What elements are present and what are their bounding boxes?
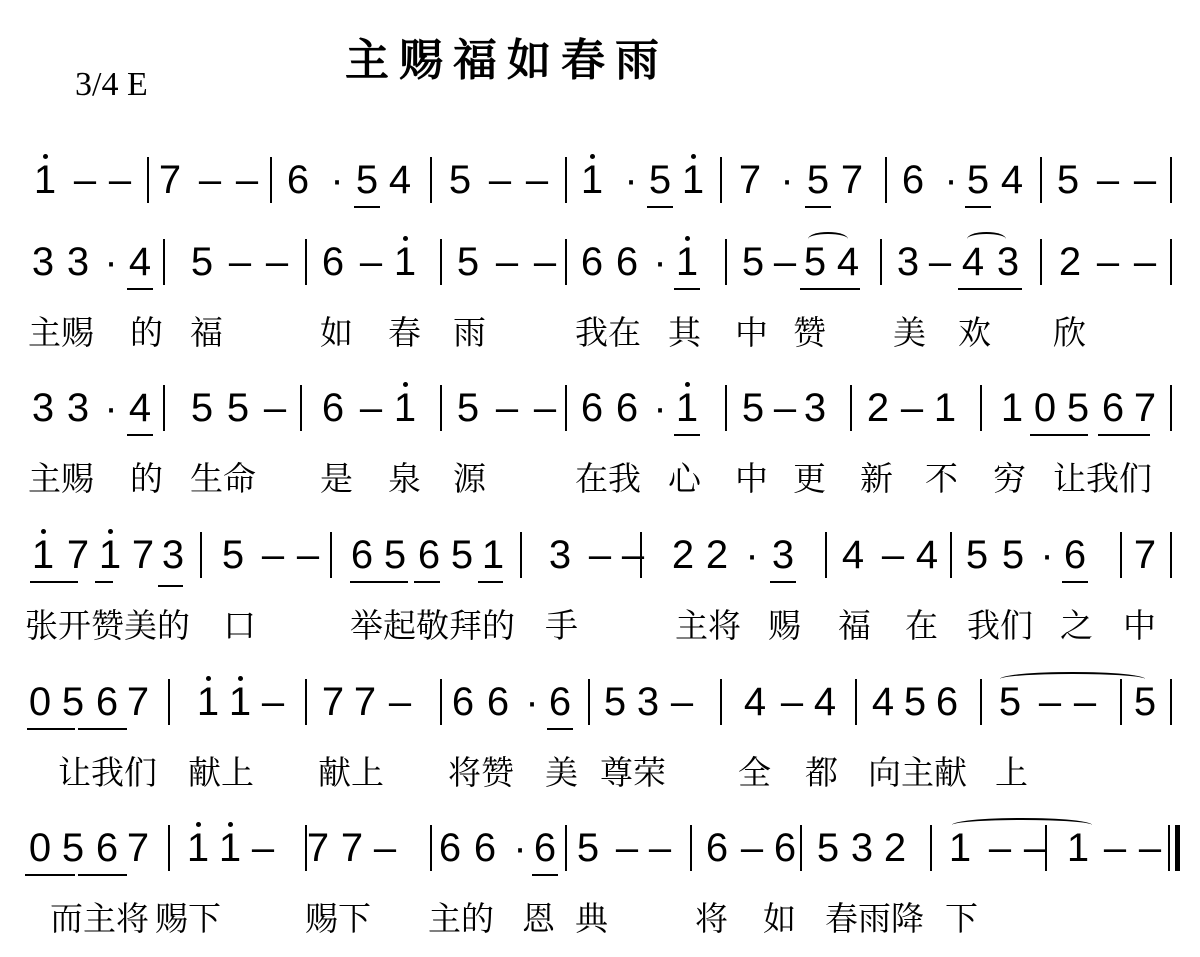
dash-extension: –: [770, 388, 800, 428]
lyric-text: 口: [223, 608, 256, 644]
eighth-underline: [647, 206, 673, 208]
lyric-text: 美: [545, 755, 578, 791]
augmentation-dot: ·: [645, 242, 675, 282]
note: 5: [803, 160, 833, 200]
dash-extension: –: [195, 160, 225, 200]
dash-extension: –: [612, 828, 642, 868]
dash-extension: –: [737, 828, 767, 868]
barline: [800, 825, 802, 871]
note: 7: [318, 682, 348, 722]
note: 7: [155, 160, 185, 200]
note: 4: [125, 388, 155, 428]
lyric-text: 献上: [188, 755, 254, 791]
barline: [1170, 157, 1172, 203]
augmentation-dot: ·: [645, 388, 675, 428]
barline: [725, 385, 727, 431]
augmentation-dot: ·: [96, 242, 126, 282]
note: 4: [385, 160, 415, 200]
lyric-text: 的: [130, 461, 163, 497]
lyric-text: 福: [190, 315, 223, 351]
eighth-underline: [532, 874, 558, 876]
lyric-text: 之: [1060, 608, 1093, 644]
note: 5: [573, 828, 603, 868]
note: 5: [600, 682, 630, 722]
dash-extension: –: [1093, 242, 1123, 282]
barline: [565, 825, 567, 871]
note: 3: [63, 242, 93, 282]
eighth-underline: [350, 581, 408, 583]
dash-extension: –: [1100, 828, 1130, 868]
eighth-underline: [478, 581, 503, 583]
lyric-text: 赐: [768, 608, 801, 644]
note: 1: [95, 535, 125, 575]
barline: [930, 825, 932, 871]
dash-extension: –: [356, 388, 386, 428]
note: 1: [1063, 828, 1093, 868]
lyric-text: 如: [763, 901, 796, 937]
note: 1: [678, 160, 708, 200]
barline: [950, 532, 952, 578]
barline: [1040, 157, 1042, 203]
lyric-text: 全: [738, 755, 771, 791]
note: 6: [318, 242, 348, 282]
lyric-text: 中: [735, 461, 768, 497]
dash-extension: –: [225, 242, 255, 282]
lyric-text: 而主将: [50, 901, 149, 937]
lyric-text: 主赐: [28, 461, 94, 497]
final-barline-thin: [1168, 825, 1170, 871]
note: 6: [470, 828, 500, 868]
note: 3: [63, 388, 93, 428]
note: 7: [63, 535, 93, 575]
lyric-text: 中: [1123, 608, 1156, 644]
lyric-text: 穷: [993, 461, 1026, 497]
eighth-underline: [414, 581, 440, 583]
dash-extension: –: [105, 160, 135, 200]
lyric-text: 尊荣: [600, 755, 666, 791]
barline: [430, 157, 432, 203]
dash-extension: –: [585, 535, 615, 575]
octave-dot-icon: [238, 676, 243, 681]
note: 6: [414, 535, 444, 575]
octave-dot-icon: [41, 529, 46, 534]
dash-extension: –: [485, 160, 515, 200]
barline: [1120, 532, 1122, 578]
octave-dot-icon: [403, 382, 408, 387]
note: 1: [577, 160, 607, 200]
note: 5: [813, 828, 843, 868]
note: 7: [303, 828, 333, 868]
note: 4: [810, 682, 840, 722]
note: 3: [633, 682, 663, 722]
dash-extension: –: [258, 682, 288, 722]
dash-extension: –: [232, 160, 262, 200]
barline: [168, 825, 170, 871]
note: 3: [768, 535, 798, 575]
lyric-text: 将: [695, 901, 728, 937]
octave-dot-icon: [206, 676, 211, 681]
note: 6: [702, 828, 732, 868]
note: 1: [183, 828, 213, 868]
eighth-underline: [1098, 434, 1150, 436]
lyric-text: 在: [905, 608, 938, 644]
note: 6: [347, 535, 377, 575]
barline: [720, 679, 722, 725]
lyric-text: 春: [388, 315, 421, 351]
barline: [565, 239, 567, 285]
lyric-text: 我在: [575, 315, 641, 351]
note: 7: [1130, 388, 1160, 428]
dash-extension: –: [293, 535, 323, 575]
barline: [588, 679, 590, 725]
dash-extension: –: [385, 682, 415, 722]
lyric-text: 是: [320, 461, 353, 497]
lyric-text: 举起敬拜的: [350, 608, 515, 644]
note: 1: [945, 828, 975, 868]
note: 5: [800, 242, 830, 282]
lyric-text: 赐下: [305, 901, 371, 937]
barline: [980, 679, 982, 725]
note: 5: [352, 160, 382, 200]
note: 3: [893, 242, 923, 282]
note: 1: [930, 388, 960, 428]
note: 6: [612, 388, 642, 428]
barline: [163, 239, 165, 285]
dash-extension: –: [618, 535, 648, 575]
barline: [1170, 239, 1172, 285]
dash-extension: –: [530, 388, 560, 428]
barline: [980, 385, 982, 431]
note: 4: [740, 682, 770, 722]
lyric-text: 在我: [575, 461, 641, 497]
eighth-underline: [354, 206, 380, 208]
dash-extension: –: [356, 242, 386, 282]
slur-tie: [967, 232, 1006, 246]
barline: [725, 239, 727, 285]
note: 1: [390, 388, 420, 428]
barline: [270, 157, 272, 203]
eighth-underline: [965, 206, 991, 208]
lyric-text: 向主献: [868, 755, 967, 791]
augmentation-dot: ·: [936, 160, 966, 200]
score-title: 主赐福如春雨: [345, 24, 669, 88]
note: 6: [932, 682, 962, 722]
octave-dot-icon: [685, 382, 690, 387]
octave-dot-icon: [108, 529, 113, 534]
lyric-text: 将赞: [448, 755, 514, 791]
lyric-text: 赞: [793, 315, 826, 351]
note: 5: [223, 388, 253, 428]
lyric-text: 主的: [428, 901, 494, 937]
eighth-underline: [95, 581, 113, 583]
dash-extension: –: [530, 242, 560, 282]
lyric-text: 美: [893, 315, 926, 351]
note: 1: [478, 535, 508, 575]
note: 4: [868, 682, 898, 722]
note: 6: [92, 682, 122, 722]
note: 6: [770, 828, 800, 868]
eighth-underline: [1062, 581, 1088, 583]
note: 4: [125, 242, 155, 282]
barline: [305, 239, 307, 285]
barline: [885, 157, 887, 203]
note: 4: [833, 242, 863, 282]
note: 5: [453, 242, 483, 282]
augmentation-dot: ·: [517, 682, 547, 722]
note: 0: [1030, 388, 1060, 428]
note: 5: [738, 388, 768, 428]
eighth-underline: [770, 581, 796, 583]
augmentation-dot: ·: [616, 160, 646, 200]
note: 2: [1055, 242, 1085, 282]
note: 2: [668, 535, 698, 575]
lyric-text: 下: [945, 901, 978, 937]
note: 4: [912, 535, 942, 575]
barline: [1040, 239, 1042, 285]
note: 5: [453, 388, 483, 428]
dash-extension: –: [492, 388, 522, 428]
note: 7: [123, 828, 153, 868]
note: 7: [337, 828, 367, 868]
barline: [1170, 532, 1172, 578]
octave-dot-icon: [691, 154, 696, 159]
lyric-text: 其: [668, 315, 701, 351]
barline: [880, 239, 882, 285]
note: 0: [25, 828, 55, 868]
lyric-text: 主将: [675, 608, 741, 644]
note: 3: [28, 242, 58, 282]
note: 5: [1063, 388, 1093, 428]
barline: [330, 532, 332, 578]
lyric-text: 献上: [318, 755, 384, 791]
lyric-text: 欣: [1053, 315, 1086, 351]
lyric-text: 雨: [453, 315, 486, 351]
lyric-text: 欢: [958, 315, 991, 351]
lyric-text: 让我们: [1053, 461, 1152, 497]
barline: [200, 532, 202, 578]
lyric-text: 更: [793, 461, 826, 497]
note: 7: [350, 682, 380, 722]
note: 5: [447, 535, 477, 575]
augmentation-dot: ·: [96, 388, 126, 428]
note: 5: [218, 535, 248, 575]
lyric-text: 我们: [967, 608, 1033, 644]
dash-extension: –: [1130, 242, 1160, 282]
note: 7: [735, 160, 765, 200]
note: 5: [963, 160, 993, 200]
note: 3: [28, 388, 58, 428]
eighth-underline: [25, 874, 75, 876]
barline: [1120, 679, 1122, 725]
slur-tie: [1000, 672, 1145, 686]
eighth-underline: [78, 728, 127, 730]
barline: [440, 679, 442, 725]
barline: [1045, 825, 1047, 871]
note: 6: [577, 388, 607, 428]
dash-extension: –: [667, 682, 697, 722]
note: 5: [1130, 682, 1160, 722]
note: 0: [25, 682, 55, 722]
barline: [147, 157, 149, 203]
dash-extension: –: [260, 388, 290, 428]
eighth-underline: [127, 434, 153, 436]
note: 1: [225, 682, 255, 722]
note: 1: [28, 535, 58, 575]
barline: [300, 385, 302, 431]
augmentation-dot: ·: [772, 160, 802, 200]
lyric-text: 上: [995, 755, 1028, 791]
augmentation-dot: ·: [322, 160, 352, 200]
dash-extension: –: [1035, 682, 1065, 722]
note: 6: [283, 160, 313, 200]
lyric-text: 新: [860, 461, 893, 497]
note: 3: [158, 535, 188, 575]
dash-extension: –: [777, 682, 807, 722]
lyric-text: 主赐: [28, 315, 94, 351]
augmentation-dot: ·: [1032, 535, 1062, 575]
note: 6: [898, 160, 928, 200]
note: 1: [672, 242, 702, 282]
note: 3: [800, 388, 830, 428]
dash-extension: –: [258, 535, 288, 575]
note: 5: [900, 682, 930, 722]
note: 5: [1053, 160, 1083, 200]
note: 7: [837, 160, 867, 200]
lyric-text: 张开赞美的: [25, 608, 190, 644]
time-and-key-signature: 3/4 E: [75, 66, 148, 104]
note: 1: [215, 828, 245, 868]
dash-extension: –: [262, 242, 292, 282]
note: 5: [995, 682, 1025, 722]
note: 3: [847, 828, 877, 868]
lyric-text: 泉: [388, 461, 421, 497]
eighth-underline: [78, 874, 127, 876]
note: 6: [318, 388, 348, 428]
barline: [440, 239, 442, 285]
note: 1: [390, 242, 420, 282]
note: 6: [530, 828, 560, 868]
octave-dot-icon: [590, 154, 595, 159]
eighth-underline: [547, 728, 573, 730]
barline: [565, 385, 567, 431]
barline: [305, 825, 307, 871]
note: 2: [880, 828, 910, 868]
eighth-underline: [958, 288, 1022, 290]
octave-dot-icon: [685, 236, 690, 241]
note: 5: [187, 388, 217, 428]
barline: [850, 385, 852, 431]
eighth-underline: [1030, 434, 1088, 436]
dash-extension: –: [522, 160, 552, 200]
note: 5: [380, 535, 410, 575]
dash-extension: –: [1070, 682, 1100, 722]
dash-extension: –: [770, 242, 800, 282]
eighth-underline: [800, 288, 860, 290]
note: 6: [577, 242, 607, 282]
lyric-text: 都: [805, 755, 838, 791]
lyric-text: 手: [545, 608, 578, 644]
barline: [640, 532, 642, 578]
barline: [825, 532, 827, 578]
lyric-text: 生命: [190, 461, 256, 497]
note: 2: [702, 535, 732, 575]
lyric-text: 不: [925, 461, 958, 497]
dash-extension: –: [985, 828, 1015, 868]
eighth-underline: [158, 585, 183, 587]
note: 5: [998, 535, 1028, 575]
dash-extension: –: [1130, 160, 1160, 200]
augmentation-dot: ·: [737, 535, 767, 575]
lyric-text: 恩: [522, 901, 555, 937]
note: 6: [92, 828, 122, 868]
note: 7: [128, 535, 158, 575]
dash-extension: –: [492, 242, 522, 282]
eighth-underline: [27, 728, 75, 730]
note: 1: [193, 682, 223, 722]
note: 5: [645, 160, 675, 200]
octave-dot-icon: [196, 822, 201, 827]
lyric-text: 让我们: [58, 755, 157, 791]
eighth-underline: [674, 288, 700, 290]
note: 5: [445, 160, 475, 200]
note: 4: [958, 242, 988, 282]
barline: [690, 825, 692, 871]
note: 5: [58, 828, 88, 868]
note: 1: [672, 388, 702, 428]
note: 5: [187, 242, 217, 282]
dash-extension: –: [1135, 828, 1165, 868]
note: 7: [123, 682, 153, 722]
dash-extension: –: [70, 160, 100, 200]
lyric-text: 中: [735, 315, 768, 351]
note: 1: [997, 388, 1027, 428]
barline: [1170, 679, 1172, 725]
note: 7: [1130, 535, 1160, 575]
note: 3: [545, 535, 575, 575]
octave-dot-icon: [228, 822, 233, 827]
slur-tie: [808, 232, 848, 246]
lyric-text: 心: [668, 461, 701, 497]
dash-extension: –: [1093, 160, 1123, 200]
barline: [565, 157, 567, 203]
note: 6: [545, 682, 575, 722]
slur-tie: [952, 818, 1092, 832]
lyric-text: 福: [838, 608, 871, 644]
barline: [855, 679, 857, 725]
lyric-text: 的: [130, 315, 163, 351]
dash-extension: –: [248, 828, 278, 868]
eighth-underline: [805, 206, 831, 208]
octave-dot-icon: [403, 236, 408, 241]
lyric-text: 春雨降: [825, 901, 924, 937]
barline: [1170, 385, 1172, 431]
eighth-underline: [30, 581, 78, 583]
note: 5: [962, 535, 992, 575]
note: 4: [997, 160, 1027, 200]
octave-dot-icon: [43, 154, 48, 159]
note: 6: [1060, 535, 1090, 575]
note: 5: [738, 242, 768, 282]
barline: [168, 679, 170, 725]
barline: [520, 532, 522, 578]
barline: [440, 385, 442, 431]
barline: [305, 679, 307, 725]
dash-extension: –: [878, 535, 908, 575]
barline: [720, 157, 722, 203]
barline: [163, 385, 165, 431]
note: 2: [863, 388, 893, 428]
dash-extension: –: [645, 828, 675, 868]
